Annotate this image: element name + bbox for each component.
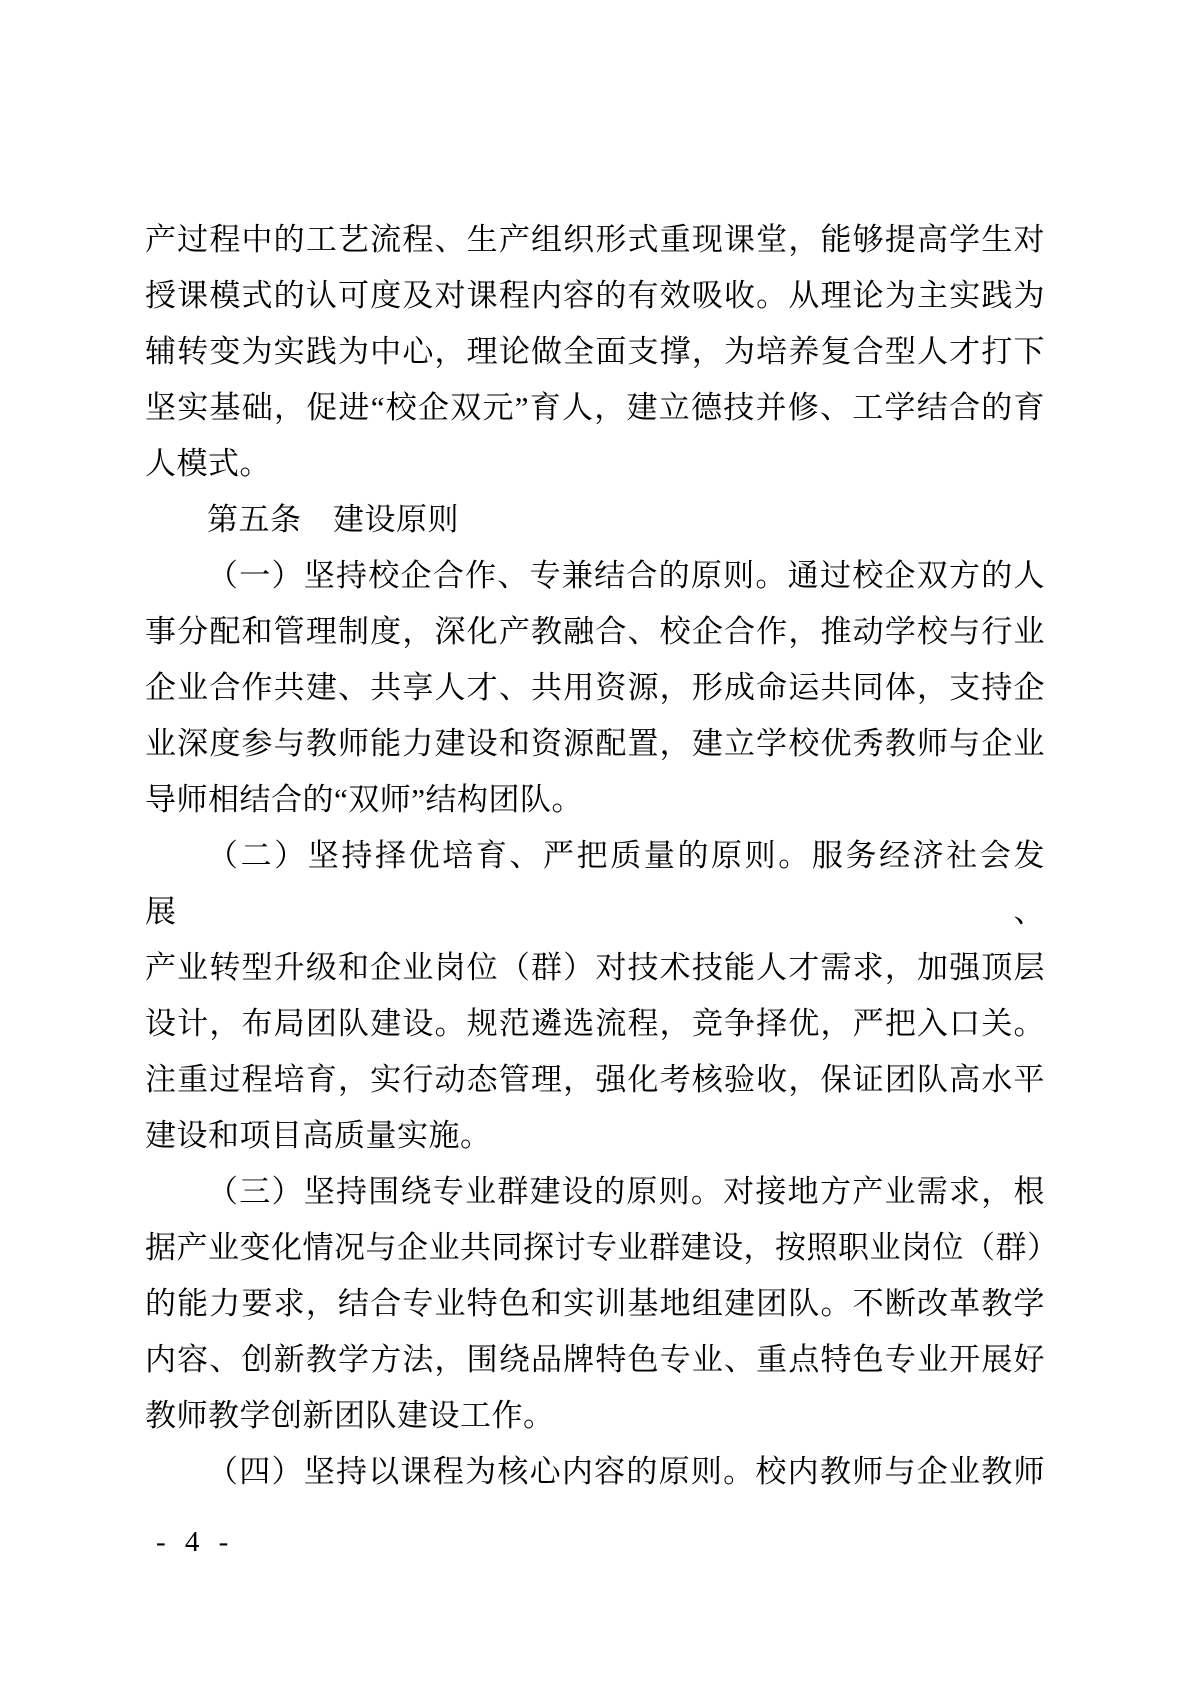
text-line: 辅转变为实践为中心，理论做全面支撑，为培养复合型人才打下	[145, 324, 1045, 380]
text-line: 的能力要求，结合专业特色和实训基地组建团队。不断改革教学	[145, 1276, 1045, 1332]
text-line: 事分配和管理制度，深化产教融合、校企合作，推动学校与行业	[145, 604, 1045, 660]
text-line: 教师教学创新团队建设工作。	[145, 1388, 1045, 1444]
text-line: 产过程中的工艺流程、生产组织形式重现课堂，能够提高学生对	[145, 212, 1045, 268]
text-line: 注重过程培育，实行动态管理，强化考核验收，保证团队高水平	[145, 1052, 1045, 1108]
text-line: 授课模式的认可度及对课程内容的有效吸收。从理论为主实践为	[145, 268, 1045, 324]
text-line: 坚实基础，促进“校企双元”育人，建立德技并修、工学结合的育	[145, 380, 1045, 436]
text-line: （一）坚持校企合作、专兼结合的原则。通过校企双方的人	[145, 548, 1045, 604]
text-line: 内容、创新教学方法，围绕品牌特色专业、重点特色专业开展好	[145, 1332, 1045, 1388]
article-heading-line: 第五条 建设原则	[145, 492, 1045, 548]
page-number: - 4 -	[156, 1526, 234, 1559]
text-line: （四）坚持以课程为核心内容的原则。校内教师与企业教师	[145, 1444, 1045, 1500]
text-line: 设计，布局团队建设。规范遴选流程，竞争择优，严把入口关。	[145, 996, 1045, 1052]
text-line: （二）坚持择优培育、严把质量的原则。服务经济社会发展、	[145, 828, 1045, 940]
text-line: （三）坚持围绕专业群建设的原则。对接地方产业需求，根	[145, 1164, 1045, 1220]
text-line: 产业转型升级和企业岗位（群）对技术技能人才需求，加强顶层	[145, 940, 1045, 996]
text-line: 据产业变化情况与企业共同探讨专业群建设，按照职业岗位（群）	[145, 1220, 1045, 1276]
text-line: 业深度参与教师能力建设和资源配置，建立学校优秀教师与企业	[145, 716, 1045, 772]
text-line: 人模式。	[145, 436, 1045, 492]
text-line: 建设和项目高质量实施。	[145, 1108, 1045, 1164]
text-line: 企业合作共建、共享人才、共用资源，形成命运共同体，支持企	[145, 660, 1045, 716]
text-line: 导师相结合的“双师”结构团队。	[145, 772, 1045, 828]
document-text-block: 产过程中的工艺流程、生产组织形式重现课堂，能够提高学生对授课模式的认可度及对课程…	[145, 212, 1045, 1500]
document-page: 产过程中的工艺流程、生产组织形式重现课堂，能够提高学生对授课模式的认可度及对课程…	[0, 0, 1190, 1683]
